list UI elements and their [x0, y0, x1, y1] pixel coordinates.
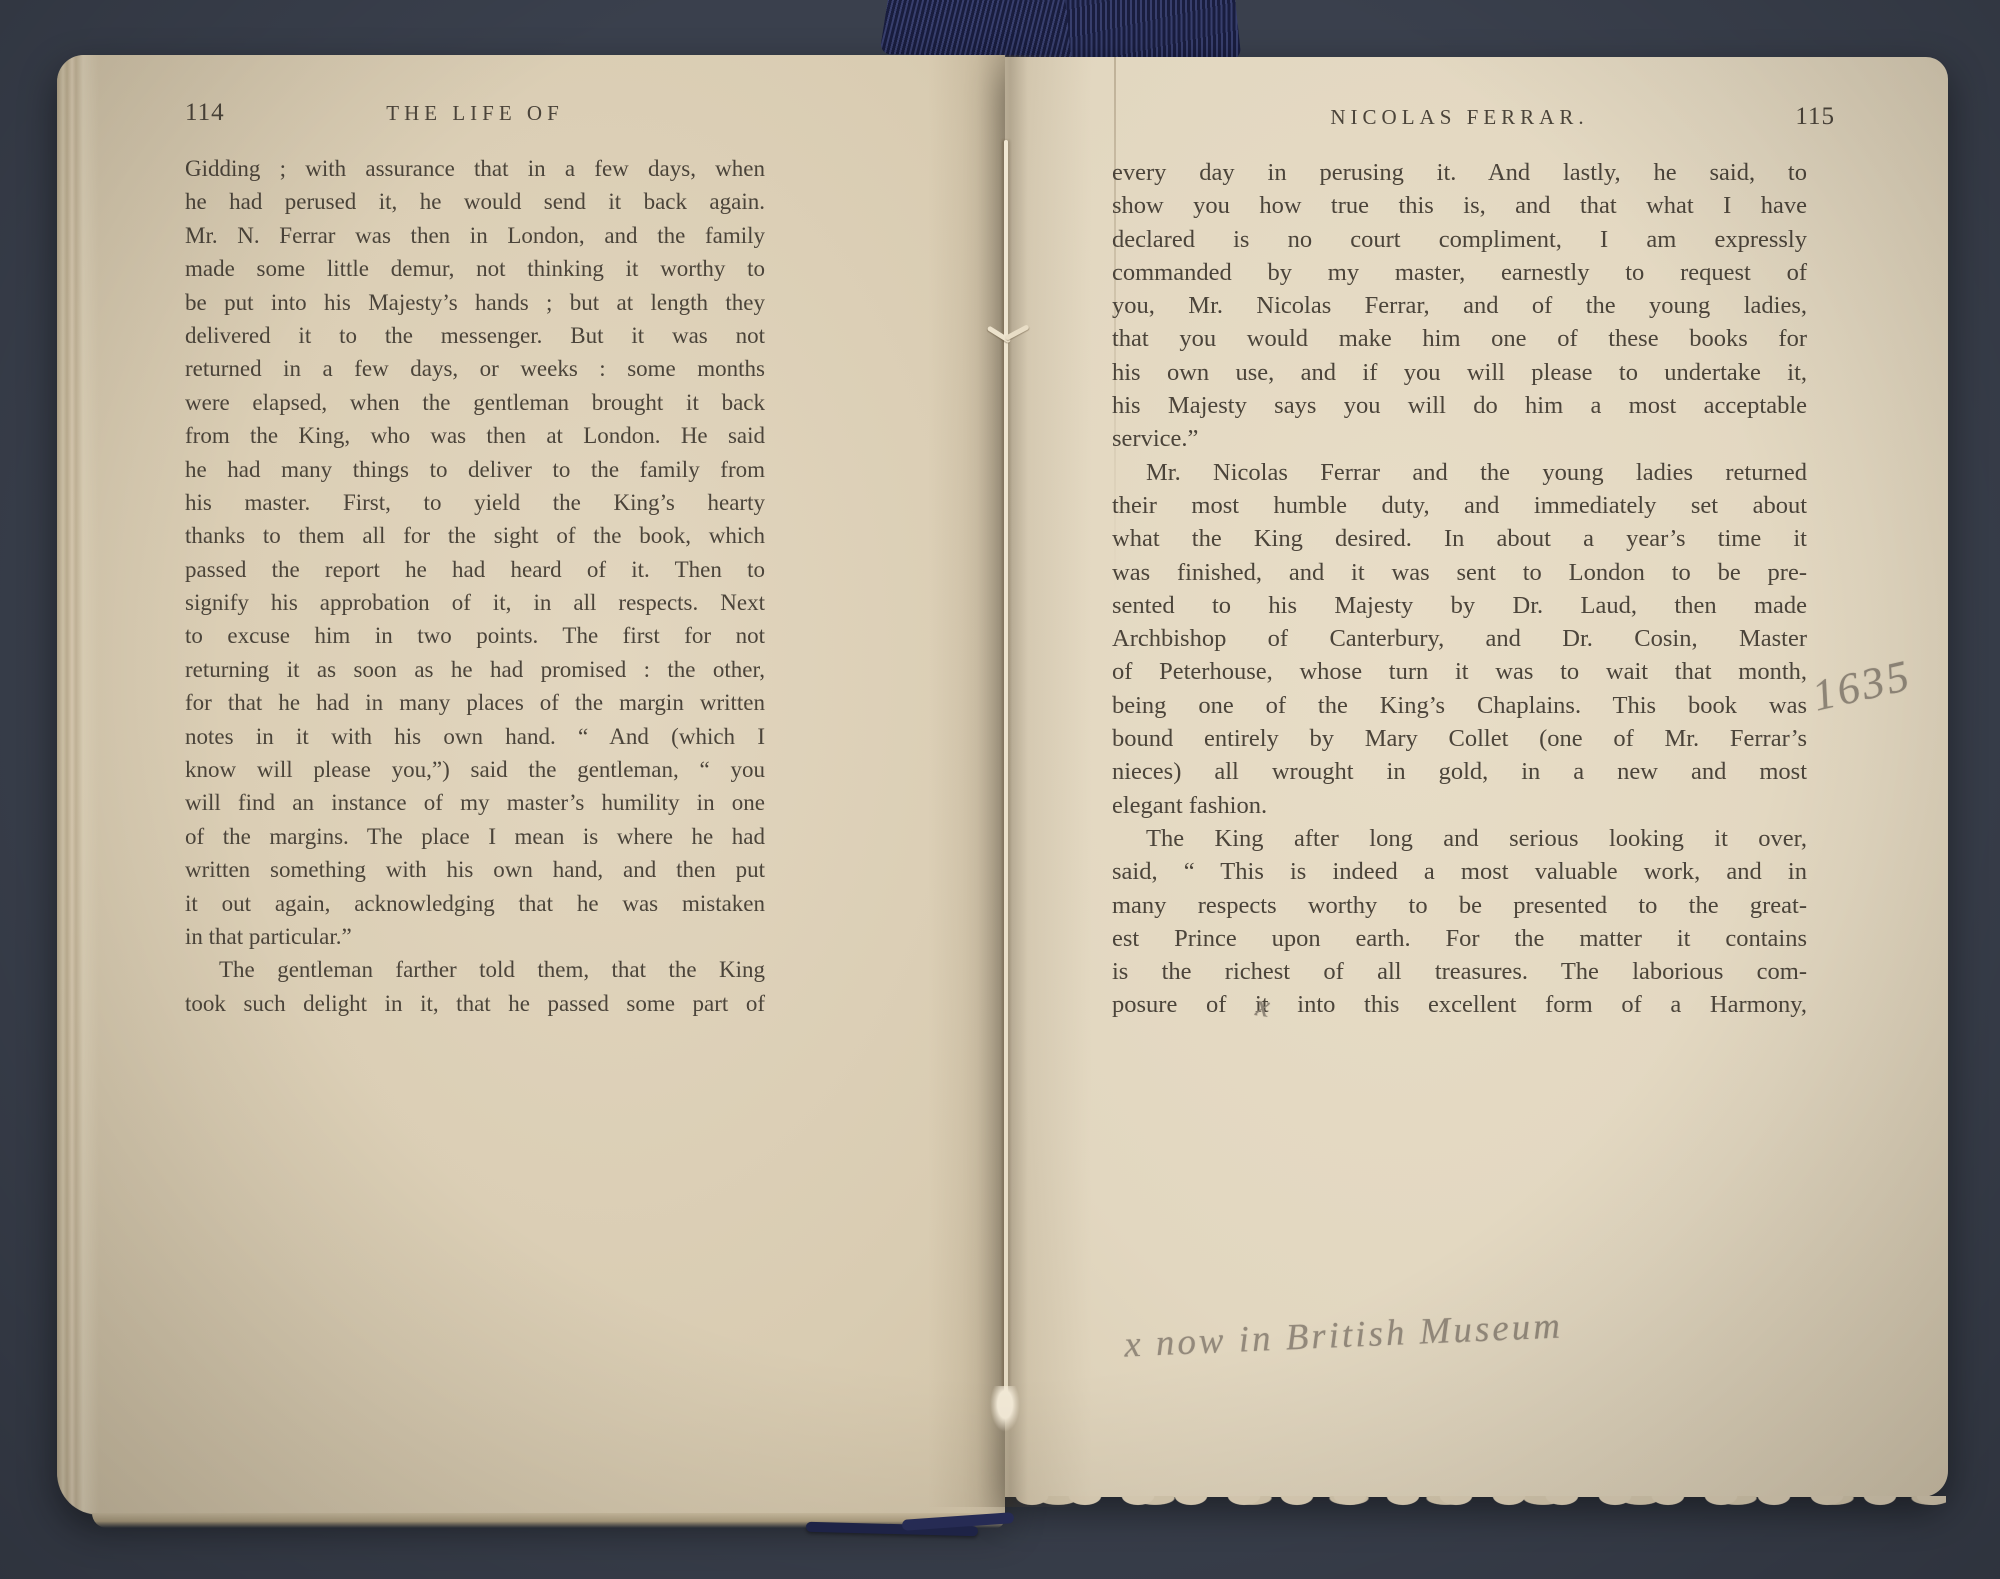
text-line: Mr. Nicolas Ferrar and the young ladies … [1112, 456, 1807, 489]
text-line: will find an instance of my master’s hum… [185, 786, 765, 819]
text-line: The King after long and serious looking … [1112, 822, 1807, 855]
text-line: their most humble duty, and immediately … [1112, 489, 1807, 522]
text-line: est Prince upon earth. For the matter it… [1112, 922, 1807, 955]
left-running-head: 114 THE LIFE OF [185, 101, 765, 131]
text-line: service.” [1112, 422, 1807, 455]
text-line: notes in it with his own hand. “ And (wh… [185, 720, 765, 753]
binding-thread-tuft [990, 1386, 1020, 1432]
text-line: declared is no court compliment, I am ex… [1112, 223, 1807, 256]
right-page-text: every day in perusing it. And lastly, he… [1112, 156, 1807, 1022]
text-line: sented to his Majesty by Dr. Laud, then … [1112, 589, 1807, 622]
text-line: from the King, who was then at London. H… [185, 419, 765, 452]
right-page-number: 115 [1795, 103, 1835, 131]
text-line: Mr. N. Ferrar was then in London, and th… [185, 219, 765, 252]
text-line: returned in a few days, or weeks : some … [185, 352, 765, 385]
text-line: every day in perusing it. And lastly, he… [1112, 156, 1807, 189]
text-line: he had perused it, he would send it back… [185, 185, 765, 218]
right-running-header: NICOLAS FERRAR. [1112, 105, 1807, 130]
text-line: being one of the King’s Chaplains. This … [1112, 689, 1807, 722]
text-line: said, “ This is indeed a most valuable w… [1112, 855, 1807, 888]
text-line: of the margins. The place I mean is wher… [185, 820, 765, 853]
bookmark-ribbon [1064, 0, 1241, 60]
text-line: Archbishop of Canterbury, and Dr. Cosin,… [1112, 622, 1807, 655]
text-line: passed the report he had heard of it. Th… [185, 553, 765, 586]
text-line: Gidding ; with assurance that in a few d… [185, 152, 765, 185]
text-line: you, Mr. Nicolas Ferrar, and of the youn… [1112, 289, 1807, 322]
text-line: what the King desired. In about a year’s… [1112, 522, 1807, 555]
text-line: show you how true this is, and that what… [1112, 189, 1807, 222]
text-line: his own use, and if you will please to u… [1112, 356, 1807, 389]
text-line: his Majesty says you will do him a most … [1112, 389, 1807, 422]
left-page-text: Gidding ; with assurance that in a few d… [185, 152, 765, 1020]
text-line: commanded by my master, earnestly to req… [1112, 256, 1807, 289]
binding-thread [1004, 140, 1008, 1408]
text-line: posure of it into this excellent form of… [1112, 988, 1807, 1021]
text-line: written something with his own hand, and… [185, 853, 765, 886]
text-line: took such delight in it, that he passed … [185, 987, 765, 1020]
right-running-head: NICOLAS FERRAR. 115 [1112, 105, 1807, 135]
text-line: delivered it to the messenger. But it wa… [185, 319, 765, 352]
left-page-number: 114 [185, 99, 225, 127]
text-line: thanks to them all for the sight of the … [185, 519, 765, 552]
text-line: to excuse him in two points. The first f… [185, 619, 765, 652]
text-line: it out again, acknowledging that he was … [185, 887, 765, 920]
text-line: of Peterhouse, whose turn it was to wait… [1112, 655, 1807, 688]
text-line: made some little demur, not thinking it … [185, 252, 765, 285]
text-line: know will please you,”) said the gentlem… [185, 753, 765, 786]
text-line: that you would make him one of these boo… [1112, 322, 1807, 355]
text-line: many respects worthy to be presented to … [1112, 889, 1807, 922]
text-line: nieces) all wrought in gold, in a new an… [1112, 755, 1807, 788]
text-line: is the richest of all treasures. The lab… [1112, 955, 1807, 988]
text-line: were elapsed, when the gentleman brought… [185, 386, 765, 419]
left-running-header: THE LIFE OF [185, 101, 765, 126]
text-line: bound entirely by Mary Collet (one of Mr… [1112, 722, 1807, 755]
book-photograph: 114 THE LIFE OF NICOLAS FERRAR. 115 Gidd… [0, 0, 2000, 1579]
text-line: for that he had in many places of the ma… [185, 686, 765, 719]
text-line: was finished, and it was sent to London … [1112, 556, 1807, 589]
bookmark-ribbon [879, 0, 1087, 58]
text-line: in that particular.” [185, 920, 765, 953]
text-line: elegant fashion. [1112, 789, 1807, 822]
text-line: returning it as soon as he had promised … [185, 653, 765, 686]
text-line: his master. First, to yield the King’s h… [185, 486, 765, 519]
page-edges-left [57, 55, 99, 1515]
deckle-edge [1008, 1496, 1946, 1526]
text-line: be put into his Majesty’s hands ; but at… [185, 286, 765, 319]
text-line: he had many things to deliver to the fam… [185, 453, 765, 486]
text-line: The gentleman farther told them, that th… [185, 953, 765, 986]
text-line: signify his approbation of it, in all re… [185, 586, 765, 619]
